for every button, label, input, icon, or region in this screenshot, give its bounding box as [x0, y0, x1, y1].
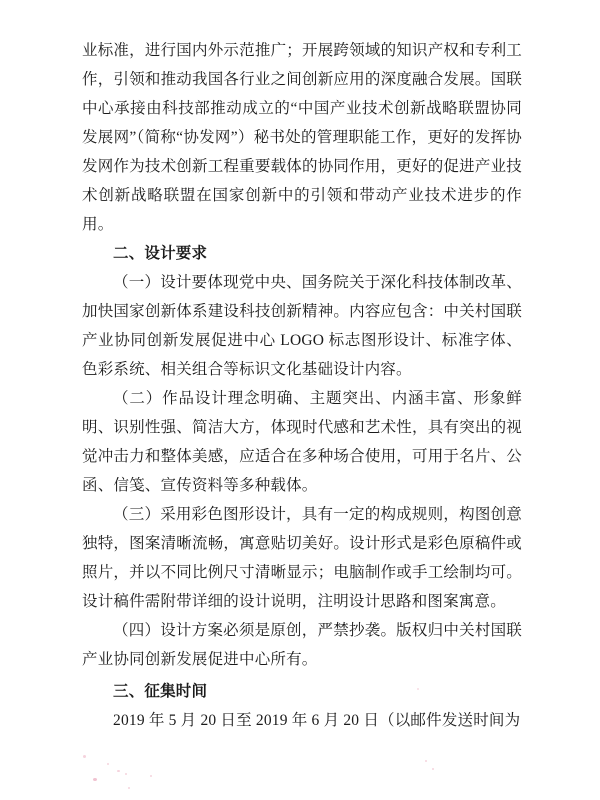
paragraph-requirement-2: （二）作品设计理念明确、主题突出、内涵丰富、形象鲜明、识别性强、简洁大方，体现时…	[82, 384, 522, 500]
scan-speckle	[83, 755, 86, 758]
document-text-block: 业标准，进行国内外示范推广；开展跨领域的知识产权和专利工作，引领和推动我国各行业…	[82, 36, 522, 735]
scan-speckle	[417, 688, 419, 690]
section-heading-collection-period: 三、征集时间	[82, 677, 522, 706]
scan-speckle	[128, 787, 130, 789]
paragraph-intro-continuation: 业标准，进行国内外示范推广；开展跨领域的知识产权和专利工作，引领和推动我国各行业…	[82, 36, 522, 239]
scan-speckle	[117, 770, 120, 772]
scan-speckle	[432, 768, 434, 770]
document-page: 业标准，进行国内外示范推广；开展跨领域的知识产权和专利工作，引领和推动我国各行业…	[0, 0, 600, 800]
paragraph-collection-dates: 2019 年 5 月 20 日至 2019 年 6 月 20 日（以邮件发送时间…	[82, 706, 522, 735]
scan-speckle	[150, 775, 152, 777]
scan-speckle	[425, 760, 427, 762]
paragraph-requirement-4: （四）设计方案必须是原创，严禁抄袭。版权归中关村国联产业协同创新发展促进中心所有…	[82, 616, 522, 674]
scan-speckle	[107, 763, 109, 765]
section-heading-design-requirements: 二、设计要求	[82, 239, 522, 268]
scan-speckle	[125, 773, 127, 775]
paragraph-requirement-3: （三）采用彩色图形设计，具有一定的构成规则，构图创意独特，图案清晰流畅，寓意贴切…	[82, 500, 522, 616]
scan-speckle	[93, 778, 97, 781]
paragraph-requirement-1: （一）设计要体现党中央、国务院关于深化科技体制改革、加快国家创新体系建设科技创新…	[82, 268, 522, 384]
